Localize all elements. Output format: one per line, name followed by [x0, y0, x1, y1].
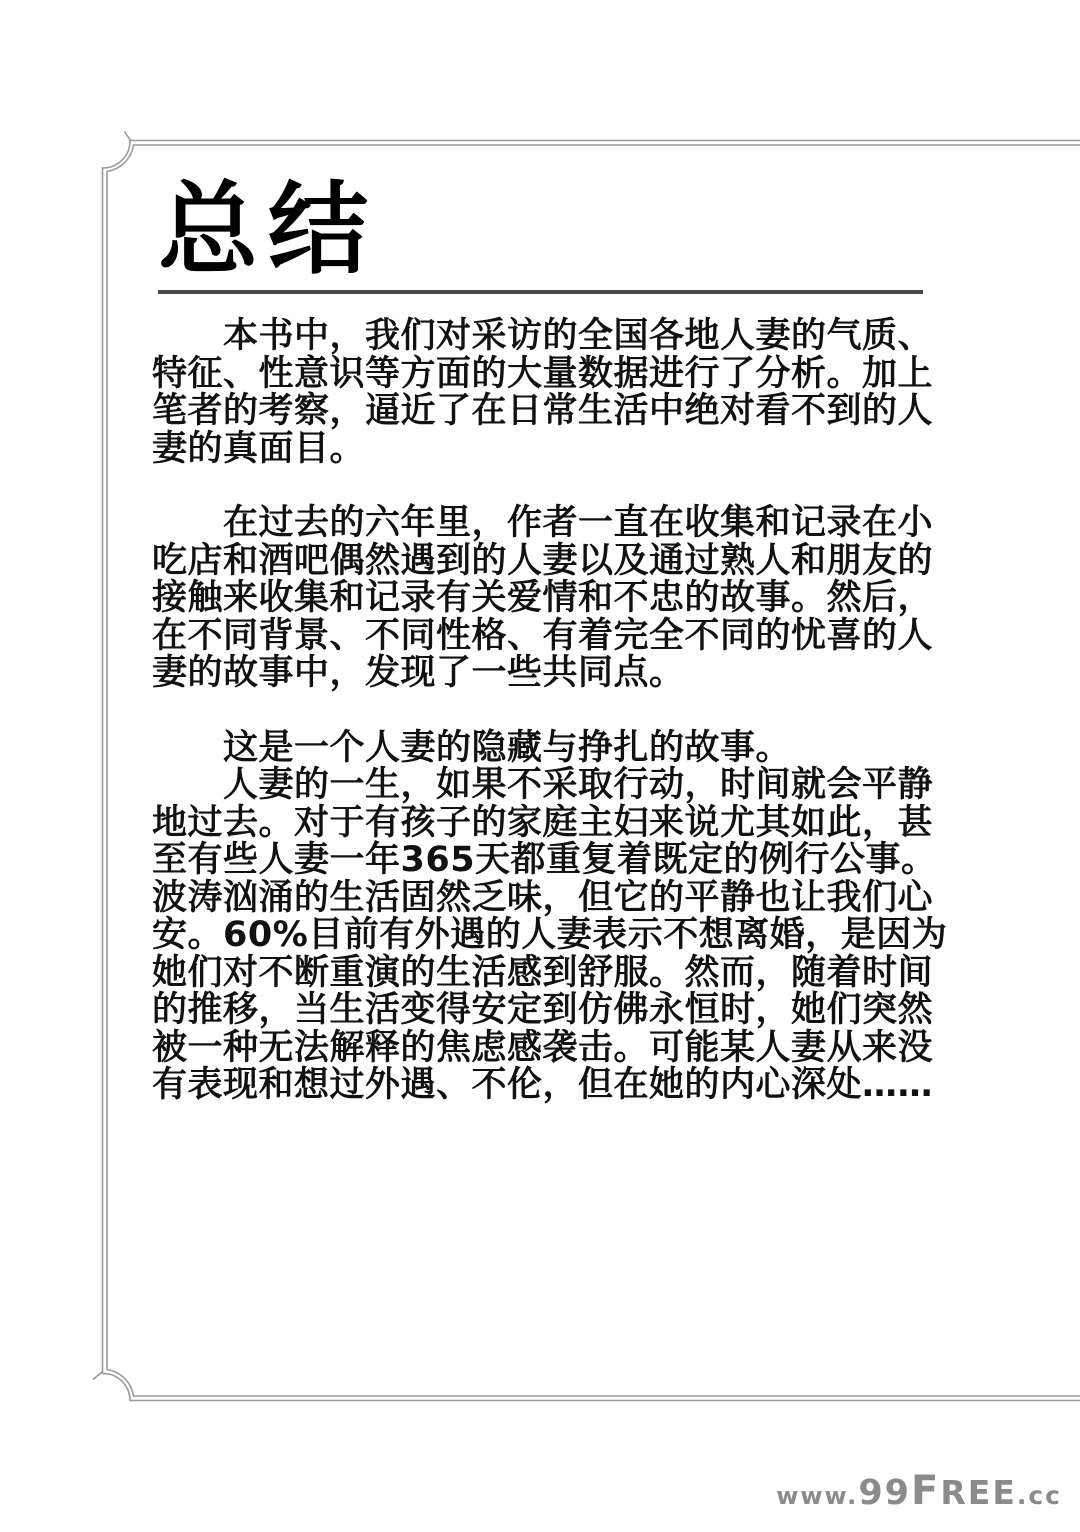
text-line: 妻的真面目。 — [152, 431, 982, 469]
text-line: 至有些人妻一年365天都重复着既定的例行公事。 — [152, 842, 982, 880]
text-line: 这是一个人妻的隐藏与挣扎的故事。 — [152, 730, 982, 768]
title-underline — [158, 290, 923, 294]
paragraph-2: 在过去的六年里，作者一直在收集和记录在小吃店和酒吧偶然遇到的人妻以及通过熟人和朋… — [152, 505, 982, 693]
text-line: 笔者的考察，逼近了在日常生活中绝对看不到的人 — [152, 393, 982, 431]
frame-corner-tip-top-left — [125, 132, 132, 142]
text-line: 安。60%目前有外遇的人妻表示不想离婚，是因为 — [152, 917, 982, 955]
watermark-part: www. — [776, 1482, 858, 1510]
frame-corner-tip-bottom-left — [93, 1372, 102, 1380]
body-text: 本书中，我们对采访的全国各地人妻的气质、特征、性意识等方面的大量数据进行了分析。… — [152, 318, 982, 1105]
text-line: 在过去的六年里，作者一直在收集和记录在小 — [152, 505, 982, 543]
watermark-part: 99 — [858, 1473, 911, 1513]
text-line: 接触来收集和记录有关爱情和不忠的故事。然后， — [152, 580, 982, 618]
text-line: 地过去。对于有孩子的家庭主妇来说尤其如此，甚 — [152, 805, 982, 843]
text-line: 她们对不断重演的生活感到舒服。然而，随着时间 — [152, 955, 982, 993]
text-line: 的推移，当生活变得安定到仿佛永恒时，她们突然 — [152, 992, 982, 1030]
text-line: 在不同背景、不同性格、有着完全不同的忧喜的人 — [152, 618, 982, 656]
text-line: 人妻的一生，如果不采取行动，时间就会平静 — [152, 767, 982, 805]
paragraph-3: 这是一个人妻的隐藏与挣扎的故事。 人妻的一生，如果不采取行动，时间就会平静地过去… — [152, 730, 982, 1105]
text-line: 波涛汹涌的生活固然乏味，但它的平静也让我们心 — [152, 880, 982, 918]
book-page: 总结 本书中，我们对采访的全国各地人妻的气质、特征、性意识等方面的大量数据进行了… — [0, 0, 1080, 1532]
text-line: 妻的故事中，发现了一些共同点。 — [152, 655, 982, 693]
text-line: 被一种无法解释的焦虑感袭击。可能某人妻从来没 — [152, 1030, 982, 1068]
text-line: 吃店和酒吧偶然遇到的人妻以及通过熟人和朋友的 — [152, 543, 982, 581]
paragraph-1: 本书中，我们对采访的全国各地人妻的气质、特征、性意识等方面的大量数据进行了分析。… — [152, 318, 982, 468]
watermark-part: F — [911, 1468, 940, 1514]
watermark-part: REE — [940, 1473, 1017, 1512]
text-line: 本书中，我们对采访的全国各地人妻的气质、 — [152, 318, 982, 356]
watermark: www.99FREE.cc — [776, 1468, 1062, 1514]
page-content: 总结 本书中，我们对采访的全国各地人妻的气质、特征、性意识等方面的大量数据进行了… — [152, 180, 982, 1105]
text-line: 有表现和想过外遇、不伦，但在她的内心深处…… — [152, 1067, 982, 1105]
page-title: 总结 — [158, 180, 982, 280]
watermark-part: .cc — [1017, 1481, 1062, 1510]
text-line: 特征、性意识等方面的大量数据进行了分析。加上 — [152, 356, 982, 394]
